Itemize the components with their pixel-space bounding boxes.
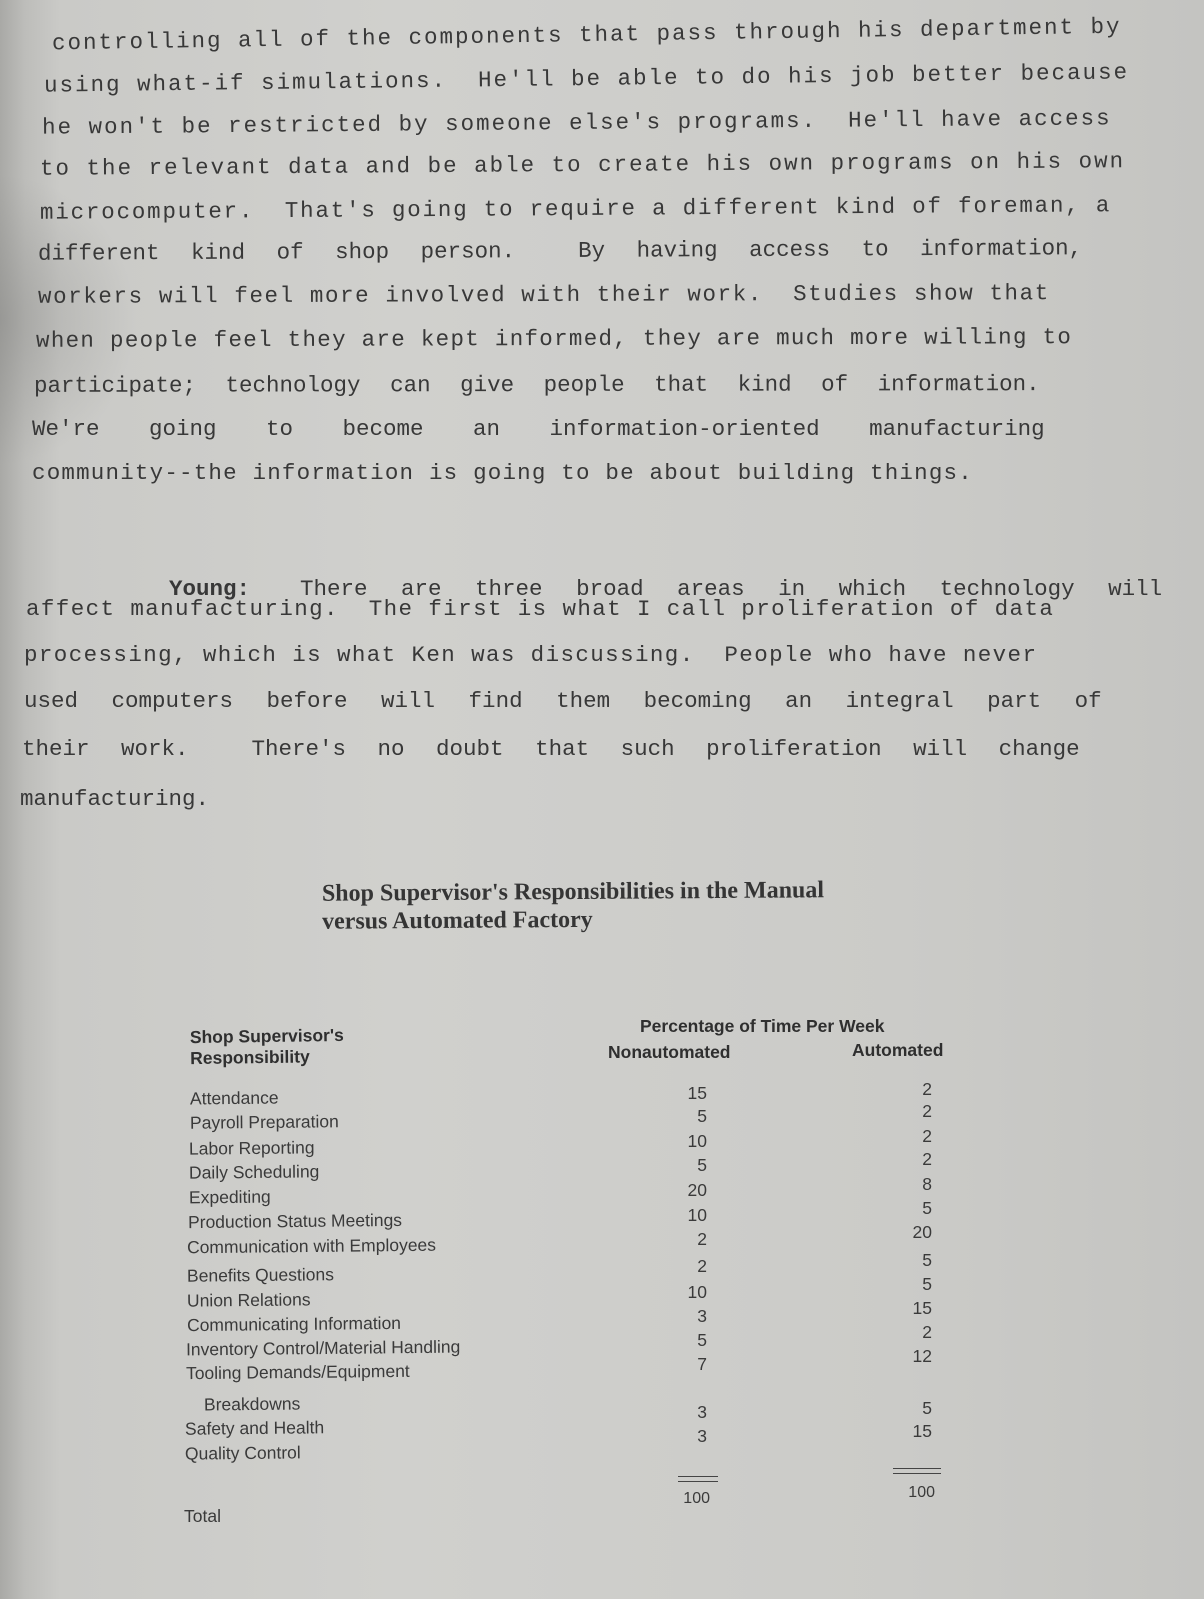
value-automated: 5	[892, 1398, 932, 1419]
value-nonautomated: 2	[667, 1256, 707, 1277]
row-label: Breakdowns	[204, 1393, 301, 1415]
value-automated: 15	[892, 1298, 932, 1319]
row-label: Expediting	[189, 1187, 271, 1209]
total-automated: 100	[895, 1484, 935, 1502]
column-header-automated: Automated	[852, 1040, 943, 1061]
value-nonautomated: 7	[667, 1354, 707, 1375]
document-page: controlling all of the components that p…	[0, 0, 1204, 1599]
total-rule-nonautomated	[678, 1476, 718, 1482]
total-nonautomated: 100	[670, 1490, 710, 1508]
row-label: Communication with Employees	[187, 1235, 436, 1259]
value-automated: 15	[892, 1421, 932, 1442]
value-nonautomated: 2	[667, 1229, 707, 1250]
value-nonautomated: 20	[667, 1180, 707, 1201]
row-label: Attendance	[190, 1088, 279, 1110]
text-line: community--the information is going to b…	[32, 460, 973, 486]
row-label: Communicating Information	[187, 1313, 401, 1336]
row-label: Daily Scheduling	[189, 1161, 320, 1183]
text-line: their work. There's no doubt that such p…	[22, 736, 1080, 762]
text-line: microcomputer. That's going to require a…	[40, 192, 1111, 225]
text-line: workers will feel more involved with the…	[38, 280, 1050, 310]
value-nonautomated: 3	[667, 1426, 707, 1447]
table-title-line: versus Automated Factory	[322, 904, 824, 936]
text-line: different kind of shop person. By having…	[38, 235, 1082, 266]
row-label: Tooling Demands/Equipment	[186, 1361, 410, 1384]
value-automated: 2	[892, 1149, 932, 1170]
text-line: processing, which is what Ken was discus…	[24, 642, 1037, 668]
value-nonautomated: 3	[667, 1306, 707, 1327]
text-line: he won't be restricted by someone else's…	[42, 105, 1112, 140]
row-label: Quality Control	[185, 1442, 301, 1464]
row-label: Payroll Preparation	[190, 1111, 339, 1134]
value-nonautomated: 10	[667, 1282, 707, 1303]
value-automated: 2	[892, 1079, 932, 1100]
value-automated: 2	[892, 1126, 932, 1147]
text-line: to the relevant data and be able to crea…	[40, 148, 1125, 182]
value-nonautomated: 5	[667, 1330, 707, 1351]
row-label: Production Status Meetings	[188, 1210, 402, 1233]
row-label: Inventory Control/Material Handling	[186, 1337, 461, 1361]
header-line: Shop Supervisor's	[190, 1025, 344, 1048]
value-automated: 5	[892, 1250, 932, 1271]
total-label: Total	[184, 1506, 221, 1527]
table-title: Shop Supervisor's Responsibilities in th…	[322, 876, 825, 936]
text-line: controlling all of the components that p…	[52, 14, 1122, 57]
value-nonautomated: 10	[667, 1131, 707, 1152]
value-nonautomated: 15	[667, 1083, 707, 1104]
value-automated: 8	[892, 1174, 932, 1195]
row-label: Union Relations	[187, 1289, 311, 1311]
column-header-responsibility: Shop Supervisor's Responsibility	[190, 1025, 344, 1069]
value-nonautomated: 3	[667, 1402, 707, 1423]
text-line: participate; technology can give people …	[34, 371, 1040, 399]
value-automated: 5	[892, 1198, 932, 1219]
text-line: using what-if simulations. He'll be able…	[44, 59, 1129, 98]
row-label: Labor Reporting	[189, 1137, 315, 1159]
value-automated: 12	[892, 1346, 932, 1367]
total-rule-automated	[893, 1468, 941, 1474]
table-title-line: Shop Supervisor's Responsibilities in th…	[322, 876, 824, 908]
text-line: when people feel they are kept informed,…	[36, 324, 1072, 354]
row-label: Benefits Questions	[187, 1264, 334, 1287]
text-line: manufacturing.	[20, 786, 209, 812]
row-label: Safety and Health	[185, 1417, 324, 1439]
value-automated: 2	[892, 1322, 932, 1343]
value-automated: 2	[892, 1101, 932, 1122]
column-header-nonautomated: Nonautomated	[608, 1042, 731, 1063]
column-header-group: Percentage of Time Per Week	[640, 1016, 884, 1037]
text-line: affect manufacturing. The first is what …	[26, 596, 1054, 622]
value-automated: 5	[892, 1274, 932, 1295]
value-nonautomated: 5	[667, 1155, 707, 1176]
text-line: used computers before will find them bec…	[24, 688, 1102, 714]
header-line: Responsibility	[190, 1046, 344, 1069]
value-automated: 20	[892, 1222, 932, 1243]
value-nonautomated: 5	[667, 1106, 707, 1127]
text-line: We're going to become an information-ori…	[32, 416, 1045, 442]
value-nonautomated: 10	[667, 1205, 707, 1226]
